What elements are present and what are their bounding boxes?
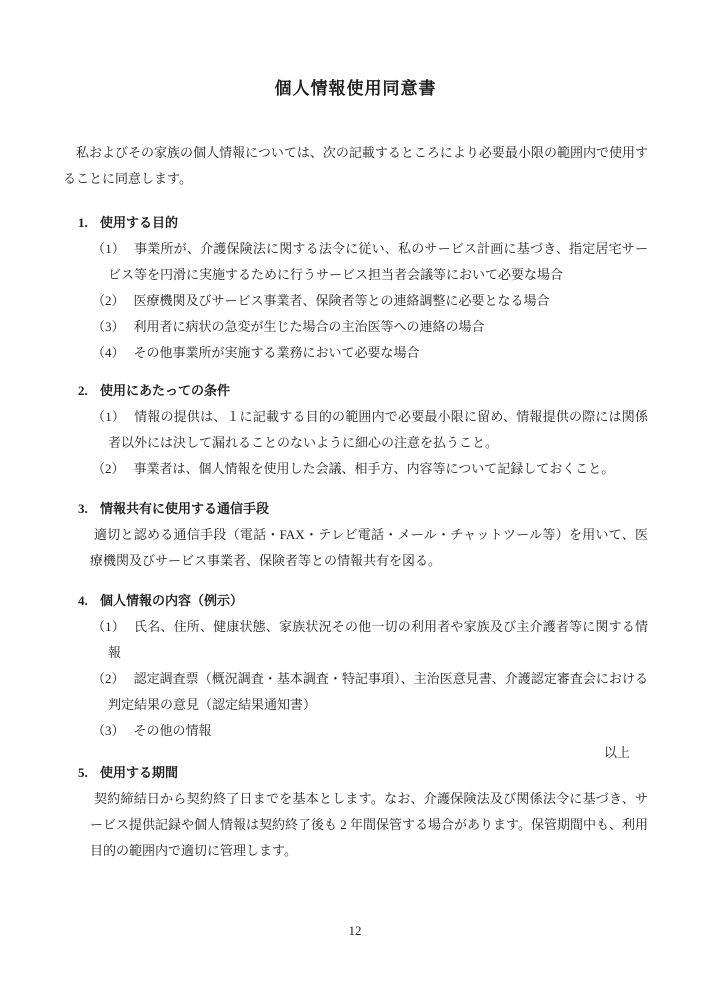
item-text: その他の情報	[134, 723, 212, 738]
section-body: 契約締結日から契約終了日までを基本とします。なお、介護保険法及び関係法令に基づき…	[90, 786, 648, 864]
section-1-purpose: 1.使用する目的 （1）事業所が、介護保険法に関する法令に従い、私のサービス計画…	[63, 210, 648, 366]
list-item: （2）事業者は、個人情報を使用した会議、相手方、内容等について記録しておくこと。	[108, 456, 648, 482]
item-label: （1）	[92, 619, 125, 634]
page-number: 12	[0, 918, 710, 944]
item-label: （3）	[92, 723, 125, 738]
list-item: （1）氏名、住所、健康状態、家族状況その他一切の利用者や家族及び主介護者等に関す…	[108, 614, 648, 666]
list-item: （1）情報の提供は、１に記載する目的の範囲内で必要最小限に留め、情報提供の際には…	[108, 404, 648, 456]
item-label: （3）	[92, 319, 125, 334]
section-heading: 2.使用にあたっての条件	[63, 378, 648, 404]
section-5-period: 5.使用する期間 契約締結日から契約終了日までを基本とします。なお、介護保険法及…	[63, 760, 648, 864]
section-title: 個人情報の内容（例示）	[100, 593, 243, 608]
section-title: 使用にあたっての条件	[100, 383, 230, 398]
section-number: 1.	[78, 210, 100, 236]
list-item: （2）医療機関及びサービス事業者、保険者等との連絡調整に必要となる場合	[108, 288, 648, 314]
item-text: その他事業所が実施する業務において必要な場合	[134, 345, 420, 360]
item-label: （2）	[92, 671, 125, 686]
item-label: （2）	[92, 293, 125, 308]
section-4-personal-info-content: 4.個人情報の内容（例示） （1）氏名、住所、健康状態、家族状況その他一切の利用…	[63, 588, 648, 744]
section-heading: 1.使用する目的	[63, 210, 648, 236]
item-text: 認定調査票（概況調査・基本調査・特記事項）、主治医意見書、介護認定審査会における…	[108, 671, 648, 712]
section-number: 5.	[78, 760, 100, 786]
item-text: 氏名、住所、健康状態、家族状況その他一切の利用者や家族及び主介護者等に関する情報	[108, 619, 648, 660]
section-number: 2.	[78, 378, 100, 404]
list-item: （4）その他事業所が実施する業務において必要な場合	[108, 340, 648, 366]
item-text: 利用者に病状の急変が生じた場合の主治医等への連絡の場合	[134, 319, 485, 334]
list-item: （1）事業所が、介護保険法に関する法令に従い、私のサービス計画に基づき、指定居宅…	[108, 236, 648, 288]
document-title: 個人情報使用同意書	[63, 76, 648, 102]
section-3-communication: 3.情報共有に使用する通信手段 適切と認める通信手段（電話・FAX・テレビ電話・…	[63, 496, 648, 574]
section-body: 適切と認める通信手段（電話・FAX・テレビ電話・メール・チャットツール等）を用い…	[90, 522, 648, 574]
section-number: 3.	[78, 496, 100, 522]
section-heading: 4.個人情報の内容（例示）	[63, 588, 648, 614]
intro-paragraph: 私およびその家族の個人情報については、次の記載するところにより必要最小限の範囲内…	[63, 140, 648, 192]
list-item: （3）利用者に病状の急変が生じた場合の主治医等への連絡の場合	[108, 314, 648, 340]
item-label: （4）	[92, 345, 125, 360]
item-text: 医療機関及びサービス事業者、保険者等との連絡調整に必要となる場合	[134, 293, 550, 308]
list-item: （2）認定調査票（概況調査・基本調査・特記事項）、主治医意見書、介護認定審査会に…	[108, 666, 648, 718]
item-text: 事業者は、個人情報を使用した会議、相手方、内容等について記録しておくこと。	[134, 461, 615, 476]
section-number: 4.	[78, 588, 100, 614]
item-label: （1）	[92, 241, 125, 256]
section-title: 使用する期間	[100, 765, 178, 780]
section-title: 情報共有に使用する通信手段	[100, 501, 269, 516]
section-title: 使用する目的	[100, 215, 178, 230]
item-text: 事業所が、介護保険法に関する法令に従い、私のサービス計画に基づき、指定居宅サービ…	[108, 241, 648, 282]
item-label: （1）	[92, 409, 125, 424]
document-page: 個人情報使用同意書 私およびその家族の個人情報については、次の記載するところによ…	[0, 0, 710, 1004]
section-heading: 3.情報共有に使用する通信手段	[63, 496, 648, 522]
item-text: 情報の提供は、１に記載する目的の範囲内で必要最小限に留め、情報提供の際には関係者…	[108, 409, 648, 450]
section-2-conditions: 2.使用にあたっての条件 （1）情報の提供は、１に記載する目的の範囲内で必要最小…	[63, 378, 648, 482]
item-label: （2）	[92, 461, 125, 476]
section-heading: 5.使用する期間	[63, 760, 648, 786]
